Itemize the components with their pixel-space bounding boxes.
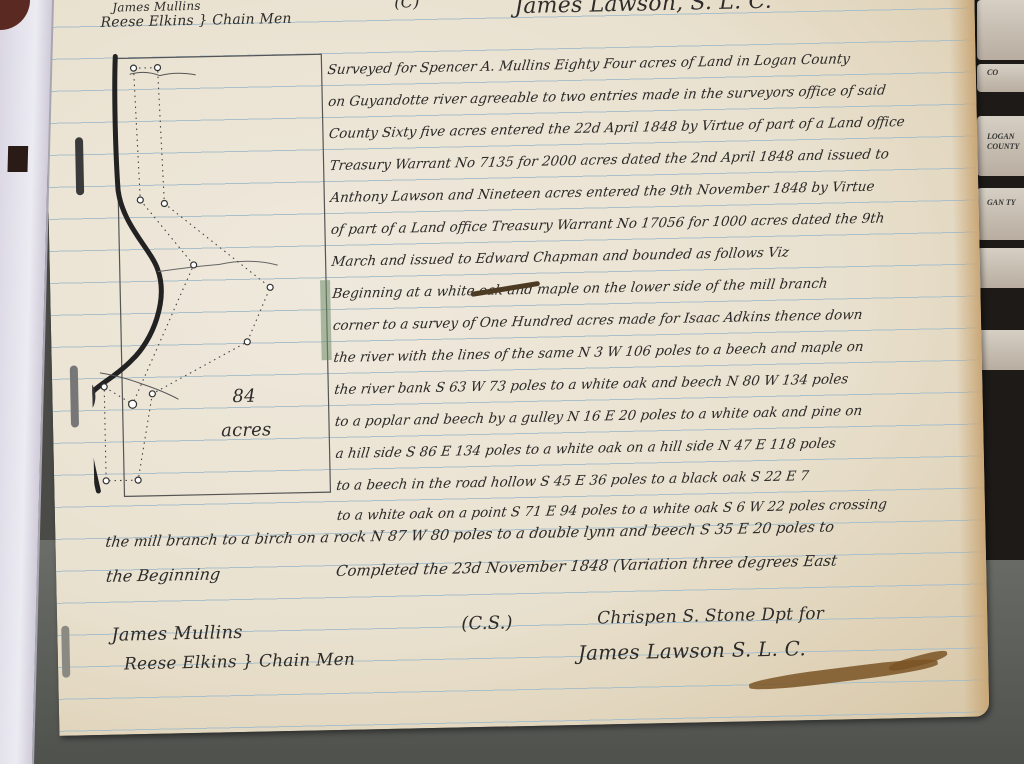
survey-line: March and issued to Edward Chapman and b… xyxy=(331,244,790,270)
header-surveyor-signature: James Lawson, S. L. C. xyxy=(514,0,772,19)
shelf-box xyxy=(977,330,1024,370)
header-mark: (C) xyxy=(394,0,420,12)
survey-line: the river bank S 63 W 73 poles to a whit… xyxy=(333,371,849,398)
survey-line: Surveyed for Spencer A. Mullins Eighty F… xyxy=(327,51,851,78)
shelf-label: GAN TY xyxy=(987,198,1017,208)
chainman-signature-1: James Mullins xyxy=(111,622,243,646)
plat-acreage-number: 84 xyxy=(232,386,256,407)
shelf-box: LOGAN COUNTY xyxy=(977,116,1024,176)
binding-mark xyxy=(70,365,79,427)
survey-line: Treasury Warrant No 7135 for 2000 acres … xyxy=(329,146,890,174)
survey-line: a hill side S 86 E 134 poles to a white … xyxy=(335,435,837,462)
survey-line-full: the mill branch to a birch on a rock N 8… xyxy=(105,520,835,551)
binding-mark xyxy=(75,137,84,195)
survey-line: on Guyandotte river agreeable to two ent… xyxy=(327,82,886,110)
shelf-box: GAN TY xyxy=(977,188,1024,240)
survey-line: Anthony Lawson and Nineteen acres entere… xyxy=(329,179,875,206)
survey-line: the river with the lines of the same N 3… xyxy=(333,339,865,366)
binder-hole xyxy=(7,146,28,172)
deputy-signature: Chrispen S. Stone Dpt for xyxy=(597,604,824,629)
shelf-box xyxy=(977,0,1024,60)
survey-line: County Sixty five acres entered the 22d … xyxy=(328,114,906,142)
chainman-signature-2: Reese Elkins } Chain Men xyxy=(124,650,355,675)
surveyor-signature: James Lawson S. L. C. xyxy=(578,636,807,665)
ink-smudge xyxy=(320,280,332,360)
survey-plat-drawing xyxy=(85,46,334,503)
survey-line: to a beech in the road hollow S 45 E 36 … xyxy=(335,468,809,494)
shelf-box xyxy=(977,248,1024,288)
plat-acreage-label: acres xyxy=(221,419,272,441)
survey-line: of part of a Land office Treasury Warran… xyxy=(330,210,885,238)
ledger-page: James Mullins Reese Elkins } Chain Men (… xyxy=(44,0,989,736)
seal-mark: (C.S.) xyxy=(461,612,513,634)
header-chainmen-2: Reese Elkins } Chain Men xyxy=(100,11,291,31)
survey-line: corner to a survey of One Hundred acres … xyxy=(332,307,863,334)
completion-note: Completed the 23d November 1848 (Variati… xyxy=(335,551,838,580)
shelf-label: CO xyxy=(987,68,998,78)
shelf-label: LOGAN COUNTY xyxy=(987,132,1024,152)
survey-line: to a poplar and beech by a gulley N 16 E… xyxy=(334,403,863,430)
survey-line-full: the Beginning xyxy=(105,564,221,585)
binding-mark xyxy=(61,626,70,678)
shelf-box: CO xyxy=(977,64,1024,92)
survey-line: Beginning at a white oak and maple on th… xyxy=(331,276,828,302)
